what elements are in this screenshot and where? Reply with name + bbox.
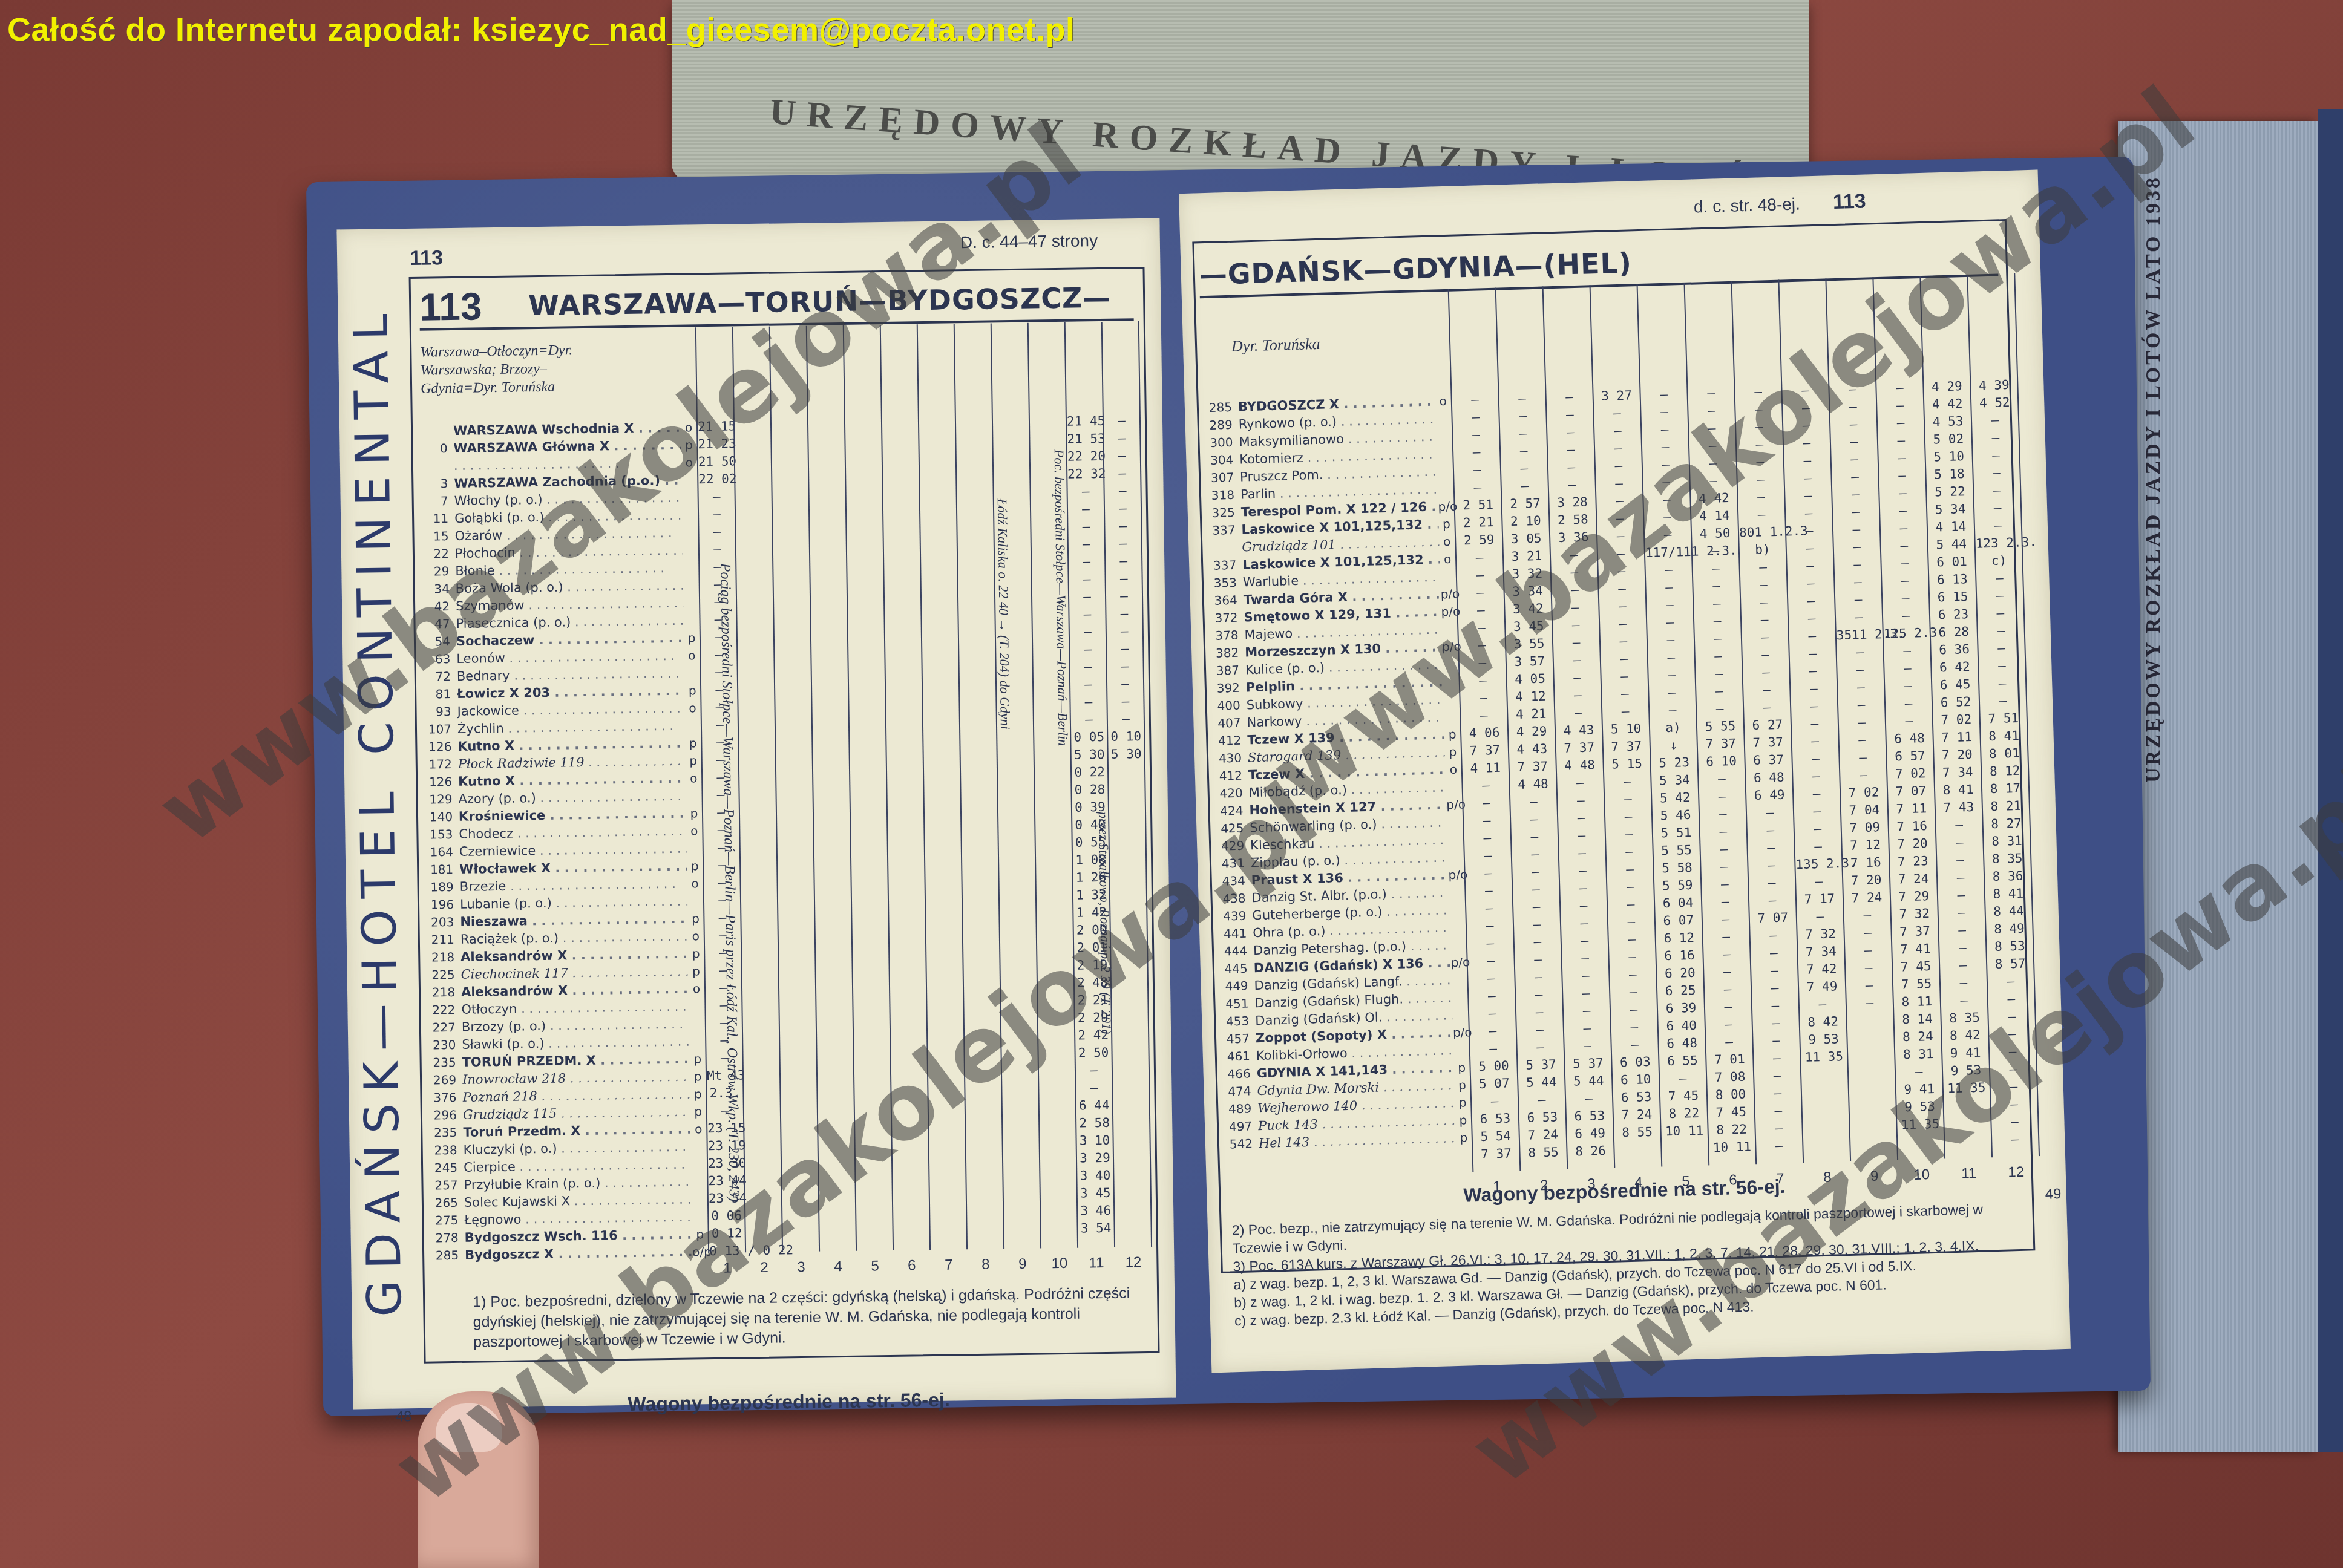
station-name: Aleksandrów X <box>460 946 688 964</box>
arrival-departure-mark: o <box>689 981 704 996</box>
station-km: 372 <box>1202 610 1244 626</box>
station-name: Płochocin <box>455 543 683 560</box>
station-km: 337 <box>1200 522 1242 538</box>
station-name: Bydgoszcz Wsch. 116 <box>465 1227 692 1244</box>
time-cell: — <box>1881 554 1928 573</box>
station-km: 431 <box>1210 855 1251 871</box>
time-cell: — <box>1700 840 1747 858</box>
wagony-note: Wagony bezpośrednie na str. 56-ej. <box>431 1386 1145 1418</box>
time-cell: 4 29 <box>1509 722 1555 741</box>
time-cell: — <box>1458 618 1505 637</box>
time-cell: 4 06 <box>1461 724 1508 742</box>
time-cell: 4 21 <box>1508 705 1555 724</box>
time-cell: 3 28 <box>1549 493 1596 512</box>
column-number: 7 <box>931 1256 966 1274</box>
left-page: GDAŃSK—HOTEL CONTINENTAL 113 D. c. 44–47… <box>336 218 1176 1410</box>
time-cell: — <box>1460 671 1506 690</box>
time-cell: — <box>1794 802 1841 821</box>
arrival-departure-mark: p <box>1444 727 1461 742</box>
arrival-departure-mark <box>1436 418 1452 419</box>
time-cell: 0 22 <box>1072 763 1107 782</box>
station-km: 22 <box>414 546 455 561</box>
time-cell: — <box>1749 874 1795 892</box>
time-cell: 7 37 <box>1509 757 1556 776</box>
station-km: 387 <box>1204 662 1246 678</box>
arrival-departure-mark: o/p <box>692 1244 708 1259</box>
time-cell: — <box>1744 698 1791 717</box>
time-cell: — <box>1747 803 1794 822</box>
arrival-departure-mark: p <box>681 437 696 452</box>
time-cell: 7 34 <box>1935 763 1981 782</box>
station-km: 3 <box>413 475 454 491</box>
arrival-departure-mark: p <box>692 1227 708 1241</box>
time-cell: — <box>1980 691 2027 710</box>
time-cell: — <box>1878 449 1925 468</box>
time-cell: 5 00 <box>1470 1057 1517 1076</box>
station-name: Kluczyki (p. o.) <box>464 1139 691 1157</box>
station-km: 474 <box>1216 1083 1257 1099</box>
footnote-1: 1) Poc. bezpośredni, dzielony w Tczewie … <box>473 1283 1133 1352</box>
time-cell: — <box>1512 828 1558 846</box>
time-cell: — <box>1600 615 1647 633</box>
time-cell: — <box>1884 659 1931 678</box>
column-number: 10 <box>1041 1255 1077 1273</box>
time-cell: — <box>1465 864 1512 883</box>
time-cell: — <box>1877 396 1924 415</box>
time-cell: — <box>1694 595 1740 613</box>
time-cell: — <box>1457 549 1503 567</box>
time-cell: — <box>1464 829 1511 848</box>
time-cell: — <box>1833 503 1879 521</box>
station-name: WARSZAWA Zachodnia (p.o.) <box>454 472 681 490</box>
arrival-departure-mark: p/o <box>1446 797 1463 812</box>
time-cell: — <box>1559 826 1605 845</box>
station-km: 269 <box>421 1072 462 1087</box>
station-km: 181 <box>418 861 459 877</box>
station-list: 285BYDGOSZCZ Xo289Rynkowo (p. o.)300Maks… <box>1197 392 1472 1153</box>
time-cell: — <box>1069 553 1104 571</box>
arrival-departure-mark <box>1447 839 1463 840</box>
time-cell: — <box>1468 969 1515 988</box>
time-cell: 7 20 <box>1843 871 1890 890</box>
time-cell: — <box>1067 483 1103 501</box>
time-cell: 7 43 <box>1936 799 1982 817</box>
time-cell: — <box>1107 658 1142 676</box>
time-cell: — <box>1883 607 1930 626</box>
time-cell: 5 59 <box>1654 877 1701 895</box>
time-cell: — <box>1784 434 1830 452</box>
time-cell: — <box>1560 879 1607 898</box>
station-km: 376 <box>421 1089 462 1105</box>
column-number: 4 <box>820 1258 856 1276</box>
time-cell: — <box>1106 605 1142 623</box>
time-cell: 8 12 <box>1982 762 2028 780</box>
station-km: 235 <box>422 1125 463 1140</box>
time-cell: 0 06 <box>709 1207 744 1225</box>
time-cell: 0 12 <box>709 1224 744 1243</box>
time-cell: — <box>1611 1036 1658 1054</box>
time-cell: — <box>1742 645 1789 664</box>
station-km: 412 <box>1206 733 1248 748</box>
time-cell: — <box>1548 440 1594 459</box>
arrival-departure-mark <box>1449 909 1465 910</box>
time-cell: 6 23 <box>1930 606 1977 624</box>
train-columns: 21 1521 2321 5022 02————————————————————… <box>695 321 1152 1253</box>
station-km: 257 <box>422 1177 464 1192</box>
time-cell: — <box>1690 472 1737 491</box>
station-name: Brzezie <box>459 876 687 893</box>
arrival-departure-mark: p <box>1445 744 1461 759</box>
time-cell: — <box>1838 678 1884 697</box>
time-cell: 4 42 <box>1924 395 1971 414</box>
time-cell: — <box>1941 973 1987 992</box>
time-cell: — <box>1646 578 1693 597</box>
time-cell: 8 14 <box>1894 1010 1941 1029</box>
time-cell: — <box>1596 457 1642 475</box>
station-km: 307 <box>1199 469 1240 485</box>
time-cell: 3 54 <box>1078 1220 1113 1238</box>
station-km: 211 <box>419 932 460 947</box>
time-cell: — <box>1788 592 1835 610</box>
station-name: Azory (p. o.) <box>458 788 686 806</box>
time-cell: ↓ <box>1650 736 1697 755</box>
time-cell: — <box>1696 665 1742 684</box>
time-cell: 2 58 <box>1550 511 1596 529</box>
station-name: Krośniewice <box>459 806 686 823</box>
arrival-departure-mark: p <box>690 1104 706 1119</box>
time-cell: — <box>1737 436 1783 454</box>
time-cell: — <box>1599 597 1646 616</box>
time-cell: — <box>1882 572 1928 590</box>
time-cell: 7 45 <box>1708 1103 1754 1122</box>
time-cell: — <box>1564 1019 1610 1038</box>
time-cell: 7 37 <box>1892 923 1938 941</box>
time-cell: — <box>1606 825 1653 844</box>
time-cell: — <box>1940 956 1987 975</box>
time-cell: — <box>1554 668 1601 687</box>
arrival-departure-mark: p <box>686 753 701 768</box>
time-cell: 3 57 <box>1506 652 1553 671</box>
time-cell: 6 48 <box>1746 768 1792 787</box>
time-cell: — <box>1104 412 1139 430</box>
time-cell: — <box>1786 539 1833 558</box>
time-cell: — <box>1794 785 1840 803</box>
time-cell: — <box>1512 863 1559 881</box>
station-km: 126 <box>416 739 457 754</box>
time-cell: — <box>1830 415 1877 434</box>
route-title: —GDAŃSK—GDYNIA—(HEL) <box>1199 246 1632 291</box>
time-cell: — <box>1738 488 1784 506</box>
time-cell: — <box>1457 583 1504 602</box>
time-cell: 6 49 <box>1567 1125 1613 1143</box>
time-cell: 0 13 / 0 22 <box>709 1242 745 1260</box>
time-cell: 4 39 <box>1971 376 2017 395</box>
time-cell: 5 10 <box>1603 720 1650 739</box>
time-cell: — <box>1107 640 1142 658</box>
time-cell: — <box>1830 397 1876 416</box>
time-cell: — <box>1466 899 1513 918</box>
time-cell: — <box>1751 944 1797 962</box>
time-cell: 5 44 <box>1928 535 1974 554</box>
arrival-departure-mark: p <box>1455 1112 1472 1128</box>
arrival-departure-mark <box>1450 944 1466 945</box>
time-cell: 6 39 <box>1658 999 1705 1018</box>
time-cell: 8 21 <box>1982 797 2029 815</box>
time-cell: — <box>1990 1077 2037 1096</box>
time-cell: — <box>1511 810 1558 829</box>
time-cell: 21 45 <box>1067 413 1103 431</box>
time-cell: 2 57 <box>1502 494 1548 513</box>
time-cell: 7 37 <box>1697 734 1744 753</box>
arrival-departure-mark: p <box>686 806 702 820</box>
time-cell: 4 14 <box>1928 518 1974 537</box>
time-cell: 6 10 <box>1613 1071 1659 1089</box>
time-cell: 7 16 <box>1889 817 1935 836</box>
time-cell: — <box>1688 384 1734 403</box>
time-cell: — <box>1068 518 1104 536</box>
time-cell: — <box>1783 416 1830 435</box>
time-cell: 3 45 <box>1506 617 1552 636</box>
time-cell: 5 55 <box>1697 717 1744 736</box>
time-cell: 5 30 <box>1071 746 1107 764</box>
time-cell: — <box>1610 983 1657 1002</box>
station-km: 412 <box>1207 768 1249 783</box>
time-cell: — <box>1976 569 2023 588</box>
time-cell: 8 55 <box>1614 1123 1660 1142</box>
time-cell: — <box>1782 381 1829 400</box>
time-cell: — <box>1071 711 1107 729</box>
spine-title: URZĘDOWY ROZKŁAD JAZDY I LOTÓW LATO 1938 <box>2142 175 2165 783</box>
time-cell: — <box>1605 808 1652 826</box>
time-cell: — <box>1597 527 1644 546</box>
time-cell: — <box>1703 945 1750 964</box>
time-cell: 4 29 <box>1924 377 1970 396</box>
station-km: 196 <box>419 897 460 912</box>
time-cell: — <box>1597 509 1643 528</box>
time-cell: 7 07 <box>1749 909 1796 927</box>
time-cell: 5 58 <box>1654 859 1700 878</box>
time-cell: 7 37 <box>1745 733 1791 752</box>
station-km: 461 <box>1215 1048 1257 1064</box>
time-cell: — <box>1649 684 1696 702</box>
column-number: 1 <box>709 1259 745 1277</box>
station-km: 222 <box>420 1002 461 1017</box>
time-cell: — <box>1793 767 1840 786</box>
station-km: 285 <box>424 1247 465 1263</box>
running-number: 113 <box>410 246 443 270</box>
arrival-departure-mark: p/o <box>1453 1025 1469 1040</box>
time-cell: — <box>1551 546 1597 564</box>
time-cell: — <box>1937 851 1984 870</box>
station-km: 164 <box>418 844 459 859</box>
time-cell: — <box>1703 910 1749 929</box>
time-cell: — <box>1106 587 1142 606</box>
time-cell: — <box>1458 601 1504 619</box>
station-name: Aleksandrów X <box>461 981 689 999</box>
time-cell: — <box>1879 466 1925 485</box>
time-cell: 21 50 <box>698 452 734 471</box>
time-cell: 22 20 <box>1067 448 1103 466</box>
time-cell: — <box>1566 1089 1613 1108</box>
time-cell: — <box>1598 544 1645 563</box>
station-km: 420 <box>1207 785 1249 801</box>
time-cell: — <box>1069 606 1105 624</box>
station-km: 129 <box>417 791 458 806</box>
time-cell: — <box>1833 538 1880 557</box>
time-cell: 6 16 <box>1656 947 1703 965</box>
time-cell: — <box>1108 710 1144 728</box>
time-cell: — <box>1750 926 1797 945</box>
arrival-departure-mark: o <box>1440 551 1456 566</box>
station-name: Sochaczew <box>456 630 684 648</box>
arrival-departure-mark <box>1452 1014 1468 1015</box>
time-cell: 4 14 <box>1691 507 1738 526</box>
time-cell: — <box>1844 924 1891 942</box>
time-cell: — <box>1988 972 2034 991</box>
time-cell: — <box>1751 961 1798 980</box>
time-cell: 6 55 <box>1659 1051 1706 1070</box>
time-cell: — <box>1452 391 1498 410</box>
station-km: 93 <box>416 704 457 719</box>
time-cell: — <box>1608 895 1654 914</box>
time-cell: — <box>1551 563 1597 582</box>
time-cell: — <box>1070 623 1106 641</box>
time-cell: — <box>1596 492 1643 511</box>
time-cell: — <box>1833 520 1880 539</box>
arrival-departure-mark: p/o <box>1440 586 1457 601</box>
time-cell: — <box>1561 914 1608 933</box>
time-cell: 7 32 <box>1797 925 1844 944</box>
column-number: 8 <box>968 1256 1003 1273</box>
time-cell: — <box>1604 773 1651 791</box>
time-cell: — <box>1514 933 1561 952</box>
time-cell: — <box>1453 426 1499 445</box>
time-cell: 0 28 <box>1072 781 1107 799</box>
time-cell: — <box>1786 504 1832 523</box>
station-name: WARSZAWA Wschodnia X <box>453 420 681 437</box>
time-cell: — <box>1557 774 1604 792</box>
time-cell: 7 37 <box>1603 737 1650 756</box>
time-cell: — <box>1552 581 1598 599</box>
time-cell: — <box>1974 482 2020 500</box>
time-cell: — <box>1510 792 1557 811</box>
time-cell: 8 01 <box>1981 744 2028 763</box>
station-km: 218 <box>420 984 461 999</box>
station-km: 54 <box>415 633 456 648</box>
time-cell: — <box>1740 558 1786 577</box>
time-cell: — <box>1607 860 1653 879</box>
time-cell: — <box>1742 628 1789 647</box>
arrival-departure-mark <box>1446 786 1462 787</box>
time-cell: 5 02 <box>1925 430 1971 449</box>
time-cell: — <box>1647 613 1694 632</box>
time-cell: 7 45 <box>1893 958 1939 976</box>
time-cell: 4 43 <box>1509 740 1556 759</box>
time-cell: — <box>1741 593 1788 612</box>
time-cell: 6 01 <box>1928 553 1975 572</box>
time-cell: c) <box>1976 552 2022 570</box>
station-name: Nieszawa <box>460 911 687 929</box>
station-km: 107 <box>416 721 457 736</box>
column-number: 11 <box>1078 1255 1114 1272</box>
time-cell: — <box>1700 805 1746 823</box>
time-cell: — <box>1791 679 1837 698</box>
time-cell: — <box>1517 1038 1564 1057</box>
time-cell: — <box>1697 700 1743 719</box>
directorate-note: Warszawa–Otłoczyn=Dyr. Warszawska; Brzoz… <box>420 341 614 397</box>
time-cell: — <box>1105 500 1141 518</box>
station-name: Ciechocinek 117 <box>460 964 688 981</box>
station-name: Lubanie (p. o.) <box>460 893 687 911</box>
time-cell: — <box>1611 1001 1657 1019</box>
time-cell: — <box>1837 661 1884 679</box>
time-cell: — <box>1844 906 1890 925</box>
time-cell: — <box>1563 984 1610 1003</box>
time-cell: — <box>1974 499 2021 518</box>
time-cell: — <box>1792 714 1838 733</box>
station-km: 425 <box>1208 820 1250 836</box>
station-km: 438 <box>1210 890 1252 906</box>
station-km: 445 <box>1213 961 1254 976</box>
time-cell: 8 35 <box>1941 1008 1988 1027</box>
time-cell: — <box>1736 418 1783 437</box>
arrival-departure-mark: o <box>686 823 702 838</box>
station-name: Łęgnowo <box>464 1209 692 1227</box>
station-name: Poznań 218 <box>462 1086 690 1104</box>
time-cell: — <box>1748 838 1794 857</box>
station-km: 227 <box>421 1019 462 1034</box>
time-cell: — <box>1499 407 1546 425</box>
time-cell: 3 34 <box>1504 582 1551 601</box>
station-km: 289 <box>1197 417 1239 433</box>
station-name: TORUŃ PRZEDM. X <box>462 1051 690 1069</box>
time-cell: — <box>1973 446 2019 465</box>
time-cell: — <box>1839 731 1886 750</box>
time-cell: — <box>1464 811 1510 830</box>
time-cell: — <box>1879 484 1926 503</box>
arrival-departure-mark <box>1449 892 1464 892</box>
time-cell: 9 53 <box>1800 1030 1847 1049</box>
time-cell: — <box>1070 693 1106 711</box>
station-name: Solec Kujawski X <box>464 1192 692 1209</box>
time-cell: — <box>1602 685 1648 704</box>
time-cell: 21 53 <box>1067 430 1103 448</box>
time-cell: 5 18 <box>1926 465 1973 484</box>
time-cell: — <box>1695 630 1742 648</box>
time-cell: — <box>1106 570 1141 588</box>
arrival-departure-mark: o <box>686 771 701 785</box>
time-cell: — <box>1979 656 2025 675</box>
time-cell: 7 09 <box>1841 818 1888 837</box>
time-cell: — <box>1562 967 1609 985</box>
station-km: 300 <box>1198 434 1239 450</box>
time-cell: — <box>1840 766 1887 785</box>
station-name: Leonów <box>456 648 684 665</box>
time-cell: 2 51 <box>1455 496 1501 515</box>
time-cell: — <box>1792 750 1839 768</box>
station-name: Łowicz X 203 <box>457 683 684 701</box>
time-cell: — <box>1748 856 1795 875</box>
station-km: 63 <box>415 651 456 666</box>
time-cell: 8 42 <box>1942 1026 1988 1045</box>
time-cell: — <box>1989 1025 2036 1044</box>
station-km: 364 <box>1202 592 1244 608</box>
time-cell: — <box>1519 1091 1565 1109</box>
train-columns: ——————2 512 212 59——————————4 067 374 11… <box>1448 273 2040 1172</box>
time-cell: — <box>1069 570 1104 589</box>
time-cell: 6 53 <box>1567 1107 1613 1126</box>
station-km: 275 <box>423 1212 464 1227</box>
